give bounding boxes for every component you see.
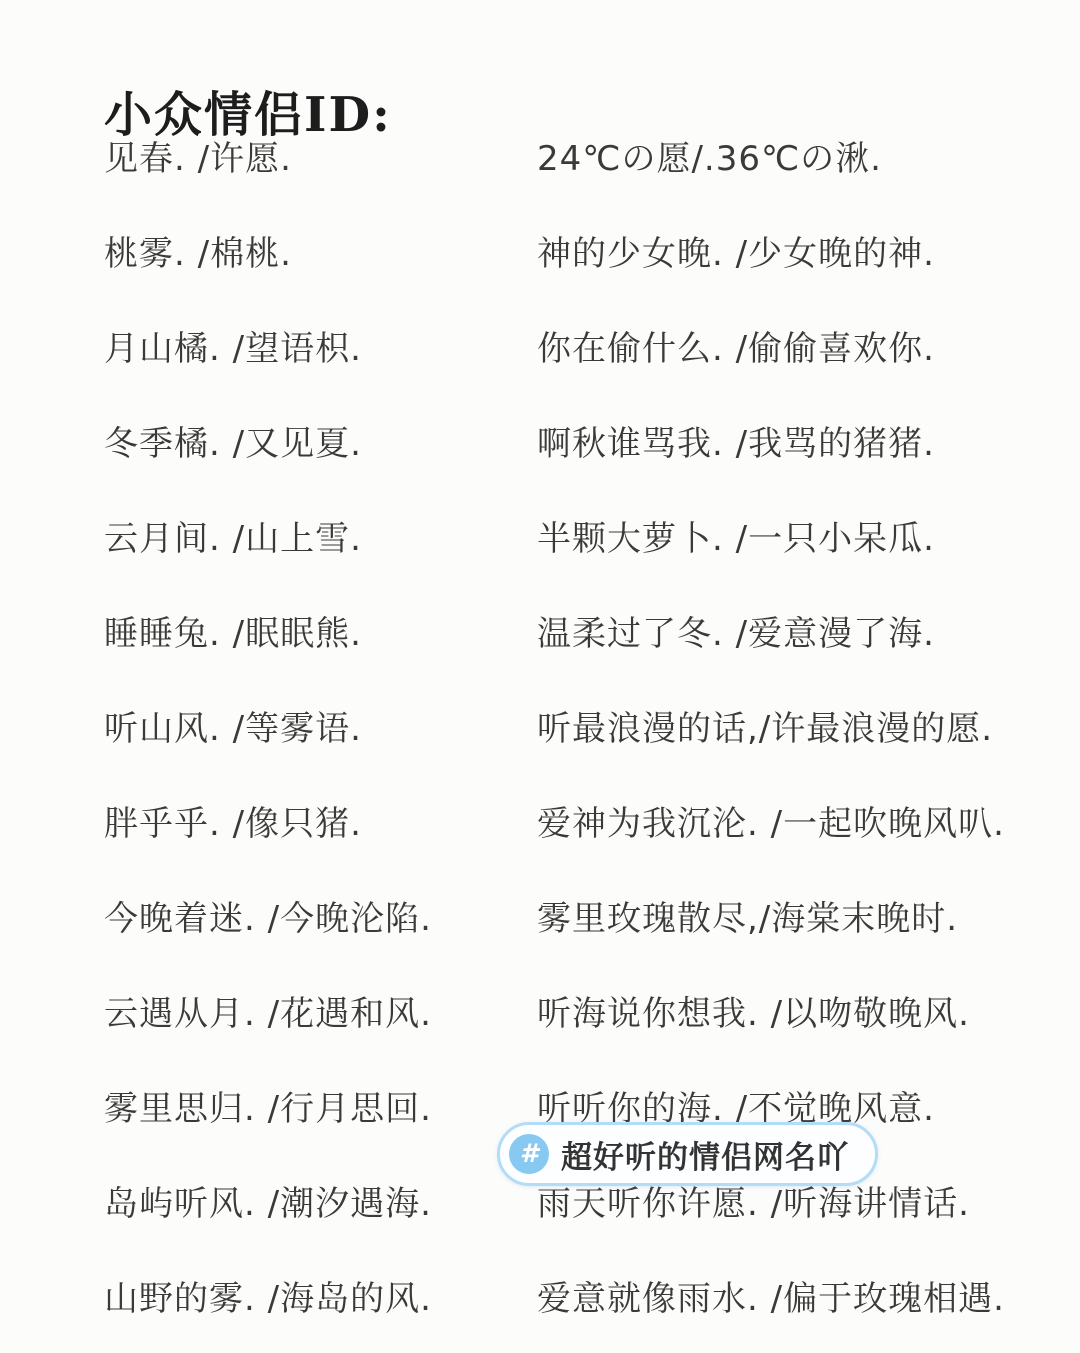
couple-id-right: 爱意就像雨水. /偏于玫瑰相遇. [537,1271,1005,1320]
hashtag-icon: # [509,1134,549,1174]
couple-id-left: 听山风. /等雾语. [104,701,362,750]
couple-id-left: 山野的雾. /海岛的风. [104,1271,432,1320]
couple-id-left: 云月间. /山上雪. [104,511,362,560]
list-row: 山野的雾. /海岛的风. 爱意就像雨水. /偏于玫瑰相遇. [0,1248,1080,1343]
list-row: 桃雾. /棉桃. 神的少女晚. /少女晚的神. [0,203,1080,298]
couple-id-right: 雾里玫瑰散尽,/海棠末晚时. [537,891,958,940]
couple-id-left: 雾里思归. /行月思回. [104,1081,432,1130]
couple-id-left: 岛屿听风. /潮汐遇海. [104,1176,432,1225]
couple-id-right: 你在偷什么. /偷偷喜欢你. [537,321,935,370]
list-row: 今晚着迷. /今晚沦陷. 雾里玫瑰散尽,/海棠末晚时. [0,868,1080,963]
list-row: 冬季橘. /又见夏. 啊秋谁骂我. /我骂的猪猪. [0,393,1080,488]
couple-id-left: 月山橘. /望语枳. [104,321,362,370]
topic-tag-label: 超好听的情侣网名吖 [561,1132,849,1177]
list-row: 云遇从月. /花遇和风. 听海说你想我. /以吻敬晚风. [0,963,1080,1058]
couple-id-left: 胖乎乎. /像只猪. [104,796,362,845]
couple-id-right: 24℃の愿/.36℃の湫. [537,131,882,180]
list-row: 云月间. /山上雪. 半颗大萝卜. /一只小呆瓜. [0,488,1080,583]
list-row: 听山风. /等雾语. 听最浪漫的话,/许最浪漫的愿. [0,678,1080,773]
couple-id-right: 听海说你想我. /以吻敬晚风. [537,986,970,1035]
couple-id-left: 云遇从月. /花遇和风. [104,986,432,1035]
list-row: 胖乎乎. /像只猪. 爱神为我沉沦. /一起吹晚风叭. [0,773,1080,868]
list-row: 月山橘. /望语枳. 你在偷什么. /偷偷喜欢你. [0,298,1080,393]
couple-id-right: 爱神为我沉沦. /一起吹晚风叭. [537,796,1005,845]
couple-id-left: 见春. /许愿. [104,131,292,180]
couple-id-right: 啊秋谁骂我. /我骂的猪猪. [537,416,935,465]
couple-id-left: 睡睡兔. /眠眠熊. [104,606,362,655]
couple-id-left: 今晚着迷. /今晚沦陷. [104,891,432,940]
couple-id-right: 温柔过了冬. /爱意漫了海. [537,606,935,655]
topic-tag[interactable]: # 超好听的情侣网名吖 [497,1122,878,1186]
couple-id-right: 神的少女晚. /少女晚的神. [537,226,935,275]
couple-id-right: 听最浪漫的话,/许最浪漫的愿. [537,701,993,750]
list-row: 睡睡兔. /眠眠熊. 温柔过了冬. /爱意漫了海. [0,583,1080,678]
couple-id-right: 半颗大萝卜. /一只小呆瓜. [537,511,935,560]
list-row: 见春. /许愿. 24℃の愿/.36℃の湫. [0,108,1080,203]
couple-id-left: 冬季橘. /又见夏. [104,416,362,465]
couple-id-left: 桃雾. /棉桃. [104,226,292,275]
